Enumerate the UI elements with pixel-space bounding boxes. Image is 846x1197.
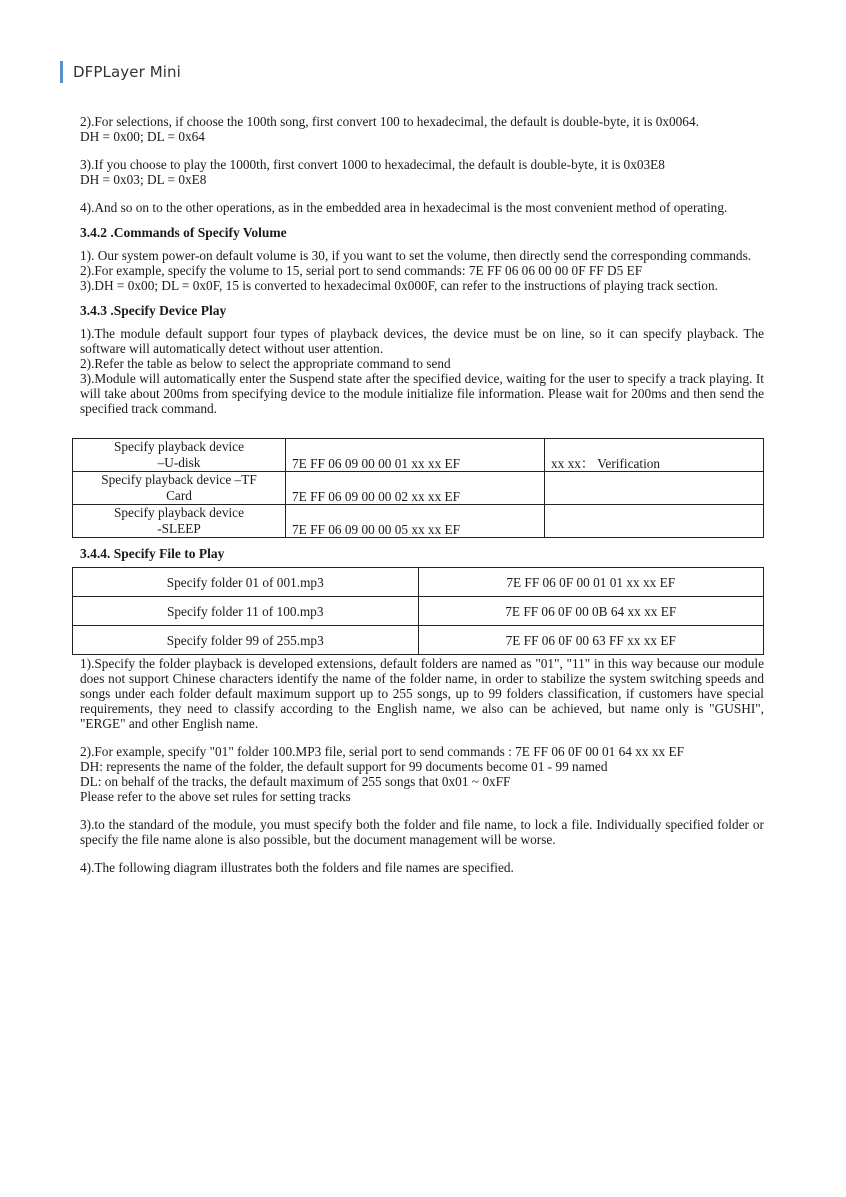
document-page: DFPLayer Mini 2).For selections, if choo… [0, 0, 846, 1197]
paragraph-hundredth-song: 2).For selections, if choose the 100th s… [80, 114, 764, 144]
text: Please refer to the above set rules for … [80, 789, 764, 804]
table-row: Specify folder 01 of 001.mp3 7E FF 06 0F… [73, 568, 764, 597]
section-heading-file-play: 3.4.4. Specify File to Play [80, 546, 764, 561]
paragraph-thousandth-song: 3).If you choose to play the 1000th, fir… [80, 157, 764, 187]
text: DH = 0x03; DL = 0xE8 [80, 172, 764, 187]
device-cell: Specify playback device-SLEEP [73, 505, 286, 538]
text: 1).Specify the folder playback is develo… [80, 656, 764, 731]
text: DL: on behalf of the tracks, the default… [80, 774, 764, 789]
document-title: DFPLayer Mini [73, 65, 181, 80]
command-cell: 7E FF 06 0F 00 01 01 xx xx EF [418, 568, 764, 597]
device-label: Specify playback device [114, 439, 244, 454]
text: 2).For example, specify the volume to 15… [80, 263, 764, 278]
note-cell [545, 505, 764, 538]
text: 1).The module default support four types… [80, 326, 764, 356]
file-label-cell: Specify folder 11 of 100.mp3 [73, 597, 419, 626]
file-label-cell: Specify folder 01 of 001.mp3 [73, 568, 419, 597]
section-heading-volume: 3.4.2 .Commands of Specify Volume [80, 225, 764, 240]
device-label: Specify playback device –TF [101, 472, 256, 487]
paragraph-module-standard: 3).to the standard of the module, you mu… [80, 817, 764, 847]
page-content: 2).For selections, if choose the 100th s… [80, 114, 764, 888]
section-device-play-body: 1).The module default support four types… [80, 326, 764, 416]
device-label: Specify playback device [114, 505, 244, 520]
text: 4).The following diagram illustrates bot… [80, 860, 764, 875]
note-cell: xx xx： Verification [545, 439, 764, 472]
text: 3).Module will automatically enter the S… [80, 371, 764, 416]
section-heading-device-play: 3.4.3 .Specify Device Play [80, 303, 764, 318]
text: 2).Refer the table as below to select th… [80, 356, 764, 371]
text: 2).For selections, if choose the 100th s… [80, 114, 764, 129]
device-command-table: Specify playback device–U-disk 7E FF 06 … [72, 438, 764, 538]
command-cell: 7E FF 06 0F 00 63 FF xx xx EF [418, 626, 764, 655]
header-accent-bar [60, 61, 63, 83]
section-volume-body: 1). Our system power-on default volume i… [80, 248, 764, 293]
device-label: Card [166, 488, 192, 503]
device-cell: Specify playback device–U-disk [73, 439, 286, 472]
paragraph-folder-extensions: 1).Specify the folder playback is develo… [80, 656, 764, 731]
text: 3).If you choose to play the 1000th, fir… [80, 157, 764, 172]
table-row: Specify playback device–U-disk 7E FF 06 … [73, 439, 764, 472]
paragraph-other-operations: 4).And so on to the other operations, as… [80, 200, 764, 215]
text: 3).to the standard of the module, you mu… [80, 817, 764, 847]
command-cell: 7E FF 06 09 00 00 05 xx xx EF [286, 505, 545, 538]
command-cell: 7E FF 06 09 00 00 01 xx xx EF [286, 439, 545, 472]
table-row: Specify playback device –TFCard 7E FF 06… [73, 472, 764, 505]
device-cell: Specify playback device –TFCard [73, 472, 286, 505]
command-cell: 7E FF 06 09 00 00 02 xx xx EF [286, 472, 545, 505]
command-cell: 7E FF 06 0F 00 0B 64 xx xx EF [418, 597, 764, 626]
table-row: Specify playback device-SLEEP 7E FF 06 0… [73, 505, 764, 538]
text: DH: represents the name of the folder, t… [80, 759, 764, 774]
text: 1). Our system power-on default volume i… [80, 248, 764, 263]
file-label-cell: Specify folder 99 of 255.mp3 [73, 626, 419, 655]
device-label: –U-disk [158, 455, 201, 470]
text: 2).For example, specify "01" folder 100.… [80, 744, 764, 759]
page-header: DFPLayer Mini [60, 60, 181, 84]
text: 3).DH = 0x00; DL = 0x0F, 15 is converted… [80, 278, 764, 293]
table-row: Specify folder 11 of 100.mp3 7E FF 06 0F… [73, 597, 764, 626]
note-cell [545, 472, 764, 505]
text: 4).And so on to the other operations, as… [80, 200, 764, 215]
file-command-table: Specify folder 01 of 001.mp3 7E FF 06 0F… [72, 567, 764, 655]
text: DH = 0x00; DL = 0x64 [80, 129, 764, 144]
table-row: Specify folder 99 of 255.mp3 7E FF 06 0F… [73, 626, 764, 655]
paragraph-folder-example: 2).For example, specify "01" folder 100.… [80, 744, 764, 804]
paragraph-diagram-intro: 4).The following diagram illustrates bot… [80, 860, 764, 875]
device-label: -SLEEP [157, 521, 201, 536]
